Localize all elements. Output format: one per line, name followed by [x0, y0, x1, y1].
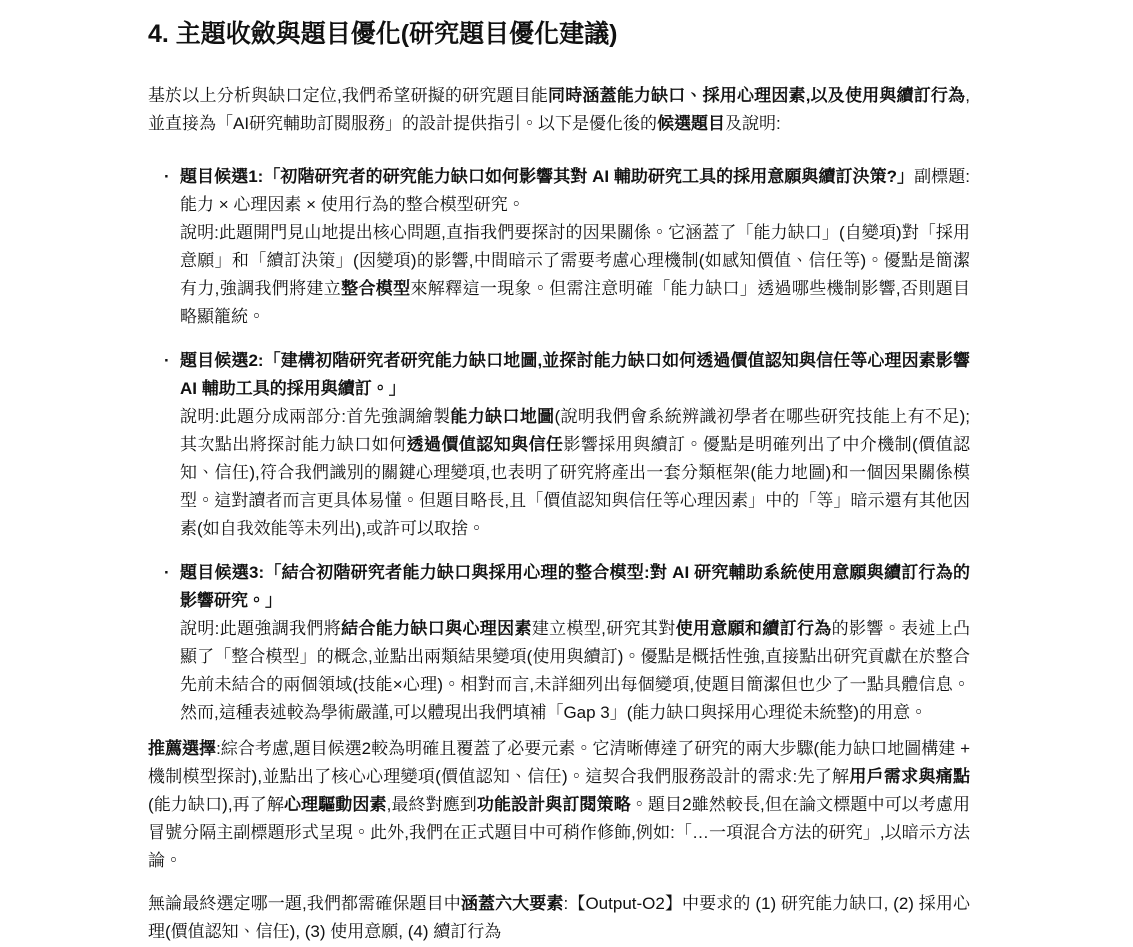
candidate-3-description: 說明:此題強調我們將結合能力缺口與心理因素建立模型,研究其對使用意願和續訂行為的…	[180, 619, 970, 722]
section-heading: 4. 主題收斂與題目優化(研究題目優化建議)	[148, 18, 970, 50]
intro-paragraph: 基於以上分析與缺口定位,我們希望研擬的研究題目能同時涵蓋能力缺口、採用心理因素,…	[148, 82, 970, 138]
closing-text: 無論最終選定哪一題,我們都需確保題目中涵蓋六大要素:【Output-O2】中要求…	[148, 894, 953, 913]
list-item-candidate-1: 題目候選1:「初階研究者的研究能力缺口如何影響其對 AI 輔助研究工具的採用意願…	[180, 163, 970, 331]
closing-paragraph: 無論最終選定哪一題,我們都需確保題目中涵蓋六大要素:【Output-O2】中要求…	[148, 890, 970, 946]
candidate-2-title: 題目候選2:「建構初階研究者研究能力缺口地圖,並探討能力缺口如何透過價值認知與信…	[180, 351, 970, 398]
candidate-2-description: 說明:此題分成兩部分:首先強調繪製能力缺口地圖(說明我們會系統辨識初學者在哪些研…	[180, 407, 970, 538]
document-page: 4. 主題收斂與題目優化(研究題目優化建議) 基於以上分析與缺口定位,我們希望研…	[0, 0, 1133, 947]
recommendation-paragraph: 推薦選擇:綜合考慮,題目候選2較為明確且覆蓋了必要元素。它清晰傳達了研究的兩大步…	[148, 735, 970, 875]
document: 4. 主題收斂與題目優化(研究題目優化建議) 基於以上分析與缺口定位,我們希望研…	[148, 0, 970, 946]
list-item-candidate-2: 題目候選2:「建構初階研究者研究能力缺口地圖,並探討能力缺口如何透過價值認知與信…	[180, 347, 970, 543]
candidate-list: 題目候選1:「初階研究者的研究能力缺口如何影響其對 AI 輔助研究工具的採用意願…	[148, 163, 970, 727]
list-item-candidate-3: 題目候選3:「結合初階研究者能力缺口與採用心理的整合模型:對 AI 研究輔助系統…	[180, 559, 970, 727]
candidate-1-description: 說明:此題開門見山地提出核心問題,直指我們要探討的因果關係。它涵蓋了「能力缺口」…	[180, 223, 970, 326]
candidate-1-title: 題目候選1:「初階研究者的研究能力缺口如何影響其對 AI 輔助研究工具的採用意願…	[180, 167, 970, 214]
candidate-3-title: 題目候選3:「結合初階研究者能力缺口與採用心理的整合模型:對 AI 研究輔助系統…	[180, 563, 970, 610]
